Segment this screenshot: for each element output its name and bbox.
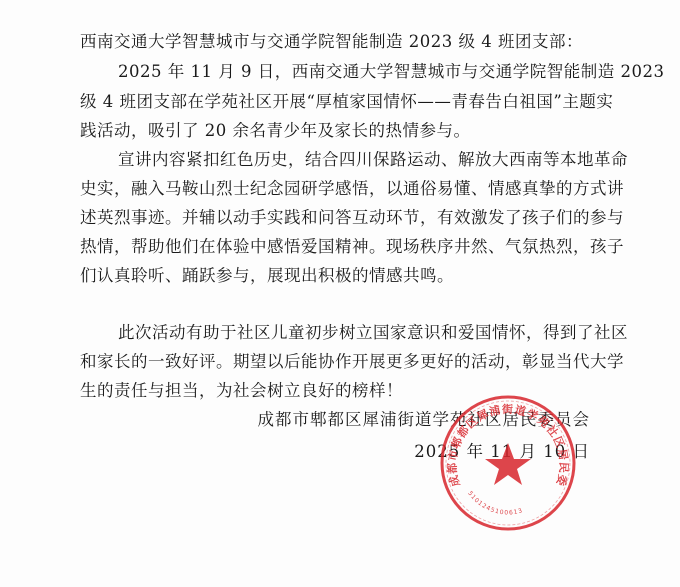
paragraph-3-line-2: 和家长的一致好评。期望以后能协作开展更多更好的活动，彰显当代大学 <box>80 350 590 374</box>
paragraph-2-line-4: 热情，帮助他们在体验中感悟爱国精神。现场秩序井然、气氛热烈，孩子 <box>80 235 590 259</box>
paragraph-2-line-5: 们认真聆听、踊跃参与，展现出积极的情感共鸣。 <box>80 264 590 288</box>
paragraph-2-line-2: 史实，融入马鞍山烈士纪念园研学感悟，以通俗易懂、情感真挚的方式讲 <box>80 177 590 201</box>
paragraph-1-line-1: 2025 年 11 月 9 日，西南交通大学智慧城市与交通学院智能制造 2023 <box>118 60 590 84</box>
paragraph-2-line-1: 宣讲内容紧扣红色历史，结合四川保路运动、解放大西南等本地革命 <box>118 148 590 172</box>
paragraph-1-line-2: 级 4 班团支部在学苑社区开展“厚植家国情怀——青春告白祖国”主题实 <box>80 90 590 114</box>
paragraph-2-line-3: 述英烈事迹。并辅以动手实践和问答互动环节，有效激发了孩子们的参与 <box>80 206 590 230</box>
svg-text:5101245100613: 5101245100613 <box>466 490 524 517</box>
paragraph-1-line-3: 践活动，吸引了 20 余名青少年及家长的热情参与。 <box>80 119 590 143</box>
letter-page: 西南交通大学智慧城市与交通学院智能制造 2023 级 4 班团支部： 2025 … <box>0 0 680 587</box>
paragraph-3-line-1: 此次活动有助于社区儿童初步树立国家意识和爱国情怀，得到了社区 <box>118 321 590 345</box>
official-seal-icon: 成都市郫都区犀浦街道学苑社区居民委员会 5101245100613 <box>438 393 578 533</box>
salutation: 西南交通大学智慧城市与交通学院智能制造 2023 级 4 班团支部： <box>80 30 590 54</box>
